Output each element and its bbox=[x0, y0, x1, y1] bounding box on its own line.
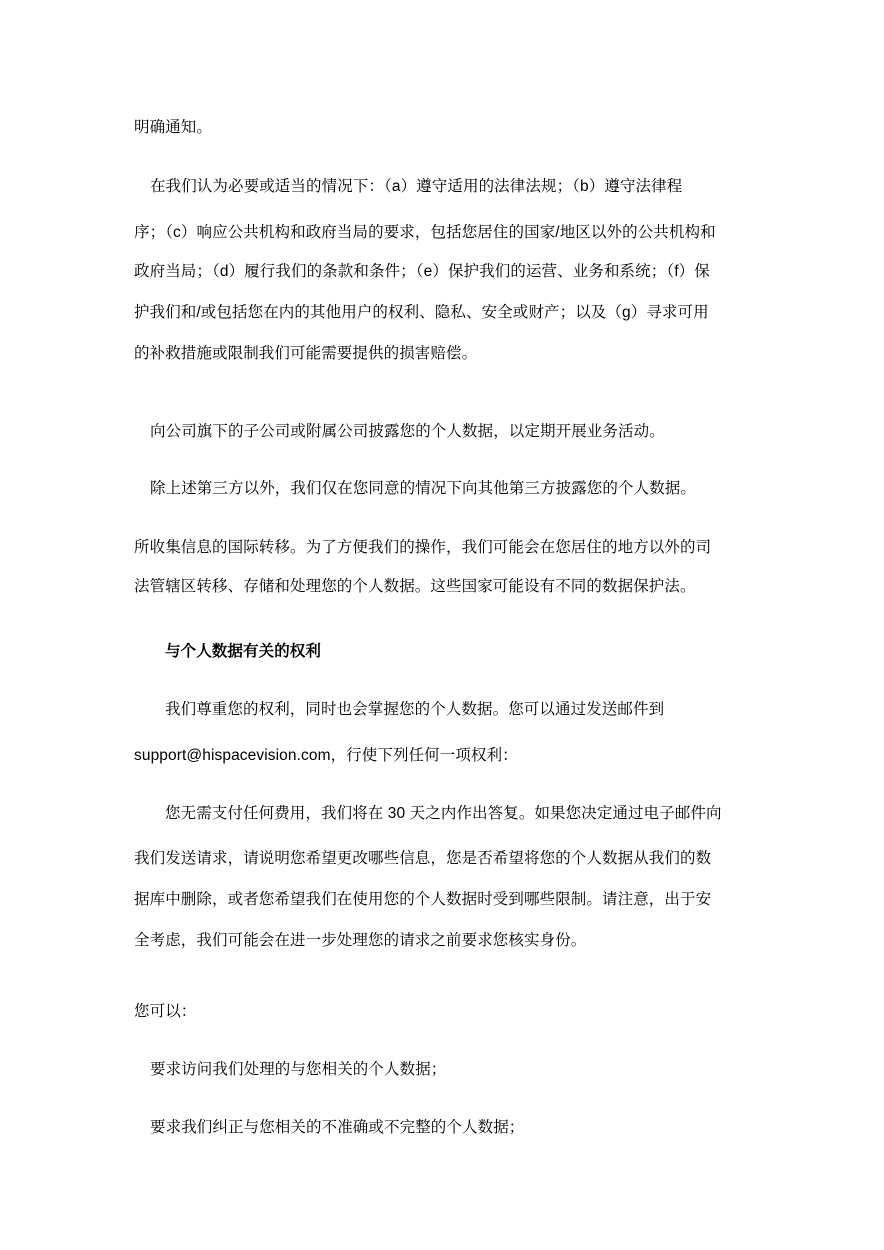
paragraph-rights-fee-line: 您无需支付任何费用，我们将在 30 天之内作出答复。如果您决定通过电子邮件向 bbox=[165, 804, 722, 824]
you-may-label: 您可以： bbox=[134, 1002, 196, 1022]
paragraph-legal-disclosure-line: 政府当局；（d）履行我们的条款和条件；（e）保护我们的运营、业务和系统；（f）保 bbox=[134, 262, 710, 282]
paragraph-consent-disclosure: 除上述第三方以外，我们仅在您同意的情况下向其他第三方披露您的个人数据。 bbox=[150, 479, 696, 499]
section-heading-rights: 与个人数据有关的权利 bbox=[165, 642, 321, 662]
rights-list-item: 要求我们纠正与您相关的不准确或不完整的个人数据； bbox=[150, 1118, 524, 1138]
paragraph-international-transfer-line: 法管辖区转移、存储和处理您的个人数据。这些国家可能设有不同的数据保护法。 bbox=[134, 577, 696, 597]
paragraph-affiliates-disclosure: 向公司旗下的子公司或附属公司披露您的个人数据，以定期开展业务活动。 bbox=[150, 422, 665, 442]
paragraph-international-transfer-line: 所收集信息的国际转移。为了方便我们的操作，我们可能会在您居住的地方以外的司 bbox=[134, 538, 711, 558]
paragraph-rights-fee-line: 我们发送请求，请说明您希望更改哪些信息，您是否希望将您的个人数据从我们的数 bbox=[134, 849, 711, 869]
paragraph-rights-intro-email-line: support@hispacevision.com，行使下列任何一项权利： bbox=[134, 746, 518, 766]
paragraph-continuation-line: 明确通知。 bbox=[134, 118, 212, 138]
paragraph-legal-disclosure-line: 序；（c）响应公共机构和政府当局的要求，包括您居住的国家/地区以外的公共机构和 bbox=[134, 223, 716, 243]
paragraph-legal-disclosure-line: 护我们和/或包括您在内的其他用户的权利、隐私、安全或财产；以及（g）寻求可用 bbox=[134, 303, 709, 323]
paragraph-legal-disclosure-line: 在我们认为必要或适当的情况下：（a）遵守适用的法律法规；（b）遵守法律程 bbox=[150, 177, 682, 197]
paragraph-rights-fee-line: 全考虑，我们可能会在进一步处理您的请求之前要求您核实身份。 bbox=[134, 931, 586, 951]
rights-list-item: 要求访问我们处理的与您相关的个人数据； bbox=[150, 1060, 446, 1080]
paragraph-legal-disclosure-line: 的补救措施或限制我们可能需要提供的损害赔偿。 bbox=[134, 344, 477, 364]
paragraph-rights-fee-line: 据库中删除，或者您希望我们在使用您的个人数据时受到哪些限制。请注意，出于安 bbox=[134, 890, 711, 910]
paragraph-rights-intro-line: 我们尊重您的权利，同时也会掌握您的个人数据。您可以通过发送邮件到 bbox=[165, 700, 664, 720]
